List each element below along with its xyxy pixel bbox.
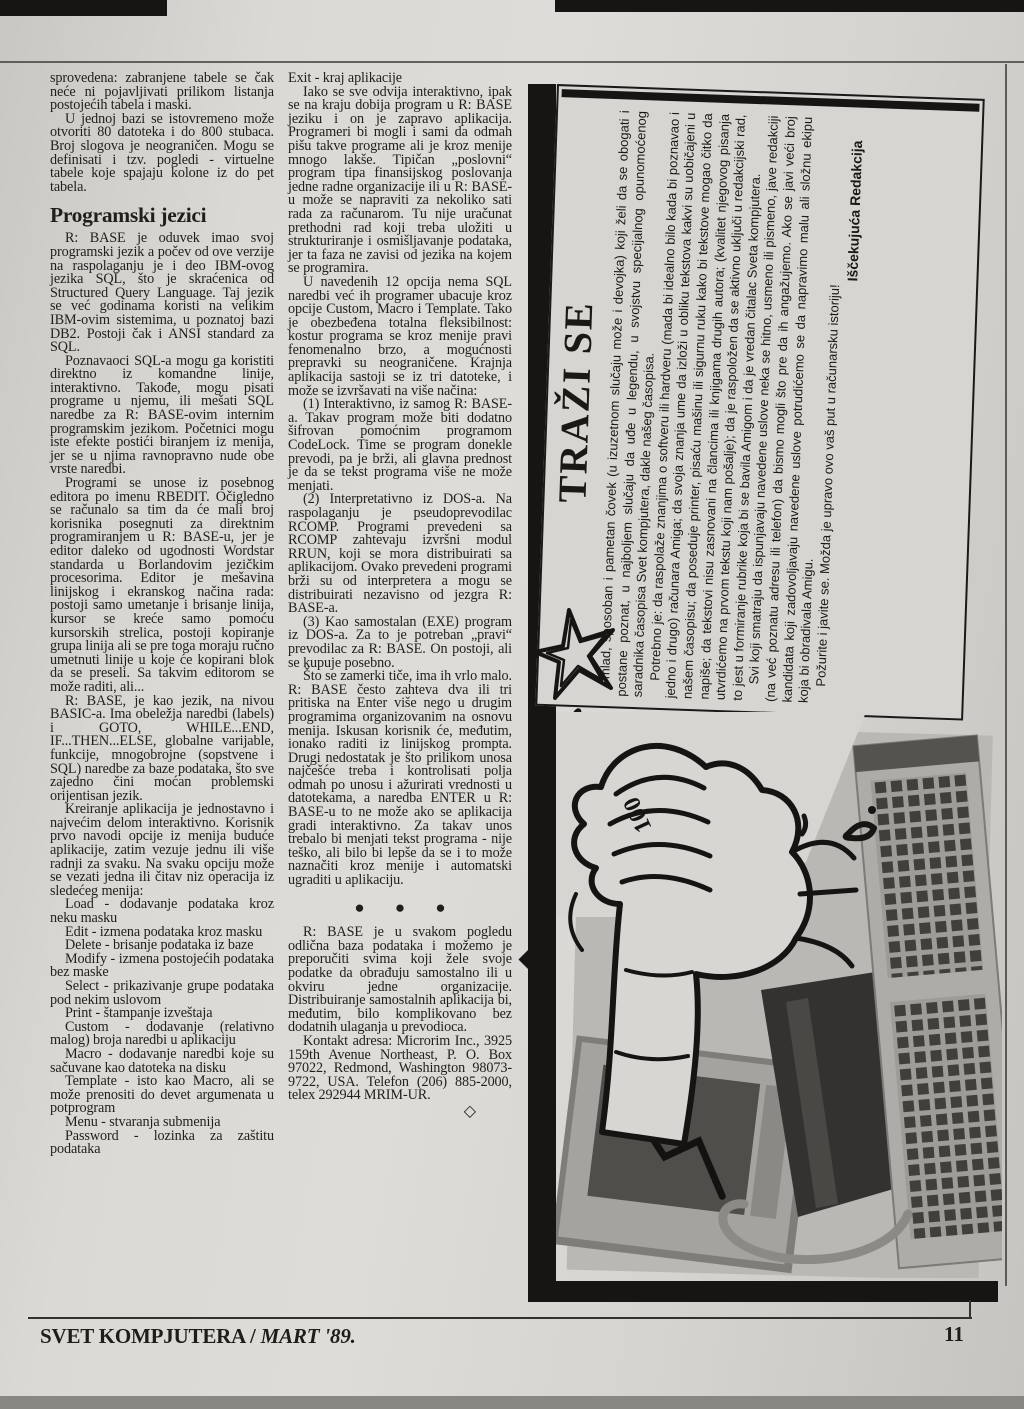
- footer-separator: /: [245, 1324, 261, 1348]
- footer-issue: MART '89.: [261, 1324, 356, 1348]
- paragraph: R: BASE, je kao jezik, na nivou BASIC-a.…: [50, 695, 274, 804]
- paragraph: sprovedena: zabranjene tabele se čak neć…: [50, 72, 274, 113]
- paragraph: (1) Interaktivno, iz samog R: BASE-a. Ta…: [288, 398, 512, 493]
- paragraph: R: BASE je u svakom pogledu odlična baza…: [288, 926, 512, 1035]
- paragraph: Kontakt adresa: Microrim Inc., 3925 159t…: [288, 1035, 512, 1103]
- scan-edge-bottom: [0, 1396, 1024, 1409]
- paragraph: Iako se sve odvija interaktivno, ipak se…: [288, 86, 512, 276]
- magazine-page: { "left_column": { "paragraphs_before_he…: [0, 0, 1024, 1409]
- bottom-frame-bar: [528, 1281, 998, 1302]
- paragraph: (2) Interpretativno iz DOS-a. Na raspola…: [288, 493, 512, 615]
- column-paragraphs: sprovedena: zabranjene tabele se čak neć…: [50, 72, 274, 194]
- article-column-middle: Exit - kraj aplikacije Iako se sve odvij…: [288, 72, 512, 1119]
- footer-rule-tick: [969, 1300, 971, 1319]
- paragraph: Template - isto kao Macro, ali se može p…: [50, 1075, 274, 1116]
- column-paragraphs: Iako se sve odvija interaktivno, ipak se…: [288, 86, 512, 888]
- paragraph: Modify - izmena postojećih podataka bez …: [50, 953, 274, 980]
- article-column-left: sprovedena: zabranjene tabele se čak neć…: [50, 72, 274, 1157]
- paragraph: Select - prikazivanje grupe podataka pod…: [50, 980, 274, 1007]
- section-break-dots: ● ● ●: [288, 901, 512, 915]
- paragraph: Što se zamerki tiče, ima ih vrlo malo. R…: [288, 670, 512, 888]
- paragraph: U navedenih 12 opcija nema SQL naredbi v…: [288, 276, 512, 398]
- column-paragraphs: R: BASE je oduvek imao svoj programski j…: [50, 232, 274, 898]
- paragraph: U jednoj bazi se istovremeno može otvori…: [50, 113, 274, 195]
- paragraph: Poznavaoci SQL-a mogu ga koristiti direk…: [50, 355, 274, 477]
- menu-option-list: Load - dodavanje podataka kroz neku mask…: [50, 898, 274, 1156]
- column-closing-paragraphs: R: BASE je u svakom pogledu odlična baza…: [288, 926, 512, 1103]
- paragraph: Programi se unose iz posebnog editora po…: [50, 477, 274, 695]
- footer-rule: [28, 1317, 972, 1319]
- paragraph: R: BASE je oduvek imao svoj programski j…: [50, 232, 274, 354]
- hand-grabbing-computer-illustration: 100: [556, 712, 1002, 1278]
- section-heading: Programski jezici: [50, 203, 274, 227]
- paragraph: (3) Kao samostalan (EXE) program iz DOS-…: [288, 616, 512, 670]
- footer-magazine-name: SVET KOMPJUTERA: [40, 1324, 245, 1348]
- scan-edge-top-right: [555, 0, 1024, 12]
- paragraph: Custom - dodavanje (relativno malog) bro…: [50, 1021, 274, 1048]
- ad-paragraphs: mlad, sposoban i pametan čovek (u izuzet…: [597, 110, 850, 704]
- top-rule: [0, 61, 1024, 63]
- paragraph: Load - dodavanje podataka kroz neku mask…: [50, 898, 274, 925]
- scan-edge-top-left: [0, 0, 167, 16]
- footer-magazine-title: SVET KOMPJUTERA / MART '89.: [40, 1324, 356, 1349]
- paragraph: Kreiranje aplikacija je jednostavno i na…: [50, 803, 274, 898]
- article-end-diamond-icon: ◇: [288, 1105, 512, 1119]
- paragraph: Password - lozinka za zaštitu podataka: [50, 1130, 274, 1157]
- paragraph: Macro - dodavanje naredbi koje su sačuva…: [50, 1048, 274, 1075]
- page-number: 11: [944, 1322, 964, 1347]
- page-fold-line: [1005, 64, 1007, 1286]
